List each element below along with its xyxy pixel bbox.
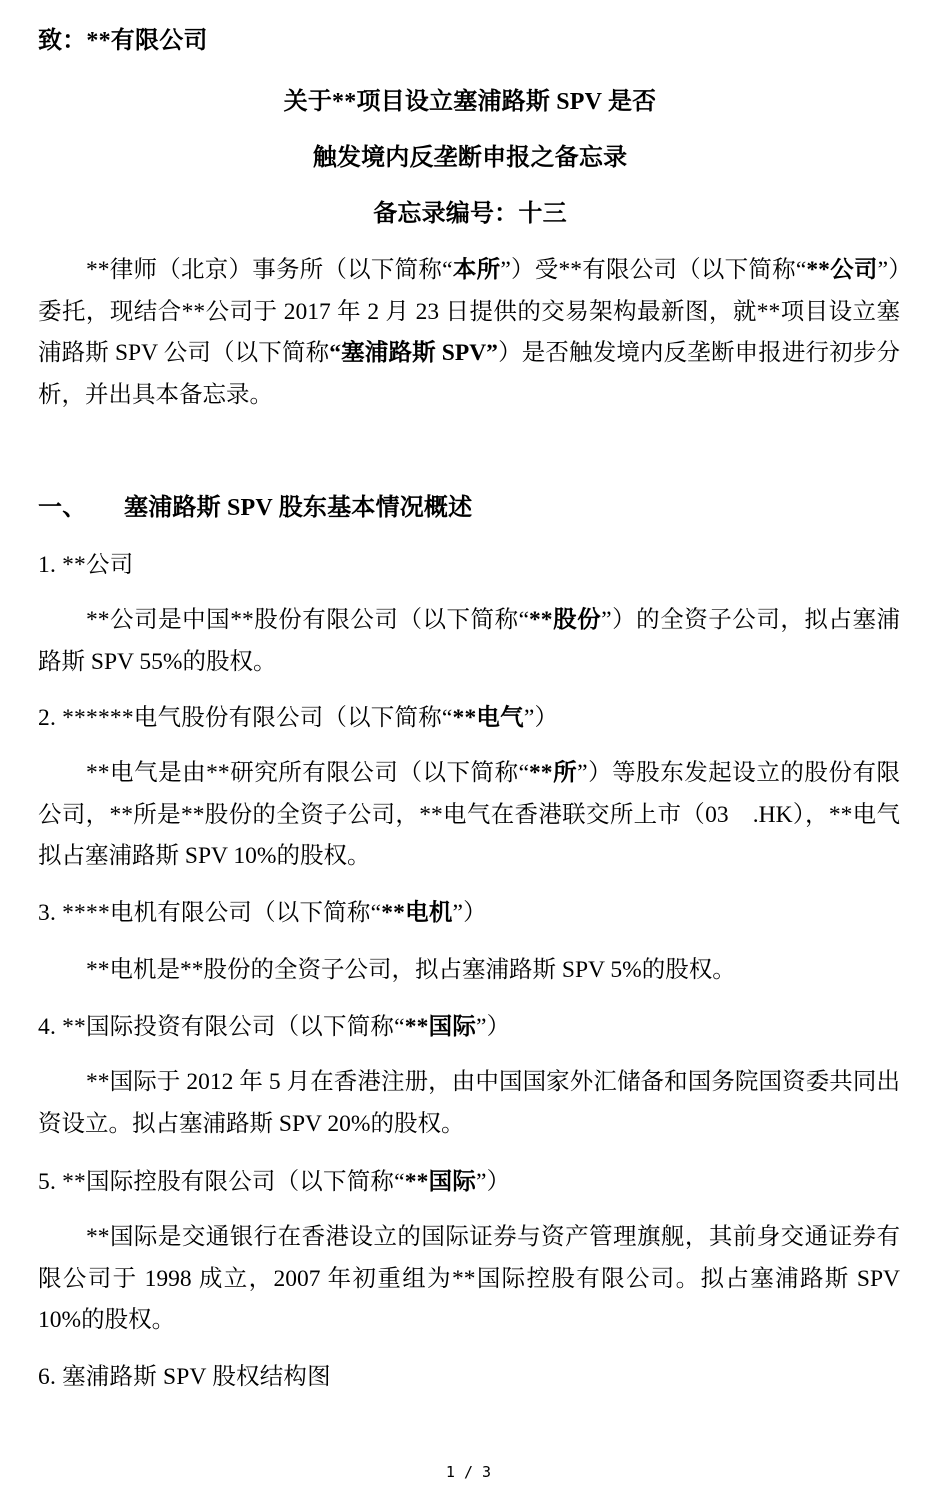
title-text: 2. ******电气股份有限公司（以下简称“ — [38, 705, 453, 731]
title-text: ”） — [476, 1014, 510, 1040]
intro-abbrev-spv: “塞浦路斯 SPV” — [329, 340, 498, 366]
page-number: 1 / 3 — [0, 1463, 937, 1481]
title-text: 5. **国际控股有限公司（以下简称“ — [38, 1169, 405, 1195]
equity-structure-chart-title: 6. 塞浦路斯 SPV 股权结构图 — [38, 1362, 902, 1392]
shareholder-1-title: 1. **公司 — [38, 550, 902, 580]
intro-paragraph: **律师（北京）事务所（以下简称“本所”）受**有限公司（以下简称“**公司”）… — [38, 250, 900, 416]
intro-abbrev-company: **公司 — [806, 257, 877, 283]
section-number: 一、 — [38, 493, 124, 523]
shareholder-1-body: **公司是中国**股份有限公司（以下简称“**股份”）的全资子公司，拟占塞浦路斯… — [38, 600, 900, 683]
memo-title-line-2: 触发境内反垄断申报之备忘录 — [38, 143, 902, 173]
title-text: 4. **国际投资有限公司（以下简称“ — [38, 1014, 405, 1040]
intro-text: ”）受**有限公司（以下简称“ — [500, 257, 806, 283]
shareholder-5-title: 5. **国际控股有限公司（以下简称“**国际”） — [38, 1167, 902, 1197]
abbrev: **股份 — [529, 607, 601, 633]
shareholder-2-title: 2. ******电气股份有限公司（以下简称“**电气”） — [38, 703, 902, 733]
title-text: ”） — [453, 900, 487, 926]
memo-title-line-1: 关于**项目设立塞浦路斯 SPV 是否 — [38, 87, 902, 117]
shareholder-4-body: **国际于 2012 年 5 月在香港注册，由中国国家外汇储备和国务院国资委共同… — [38, 1062, 900, 1145]
abbrev: **国际 — [405, 1014, 476, 1040]
addressee: 致：**有限公司 — [38, 26, 902, 56]
abbrev: **所 — [529, 760, 577, 786]
title-text: 3. ****电机有限公司（以下简称“ — [38, 900, 381, 926]
body-text: **公司是中国**股份有限公司（以下简称“ — [86, 607, 529, 633]
memo-number: 备忘录编号：十三 — [38, 199, 902, 229]
title-text: ”） — [524, 705, 558, 731]
intro-abbrev-firm: 本所 — [453, 257, 501, 283]
body-text: **电气是由**研究所有限公司（以下简称“ — [86, 760, 529, 786]
title-text: ”） — [476, 1169, 510, 1195]
shareholder-4-title: 4. **国际投资有限公司（以下简称“**国际”） — [38, 1012, 902, 1042]
section-heading-1: 一、塞浦路斯 SPV 股东基本情况概述 — [38, 493, 902, 523]
shareholder-3-title: 3. ****电机有限公司（以下简称“**电机”） — [38, 898, 902, 928]
intro-text: **律师（北京）事务所（以下简称“ — [86, 257, 453, 283]
abbrev: **电气 — [453, 705, 524, 731]
shareholder-3-body: **电机是**股份的全资子公司，拟占塞浦路斯 SPV 5%的股权。 — [38, 950, 900, 992]
abbrev: **电机 — [381, 900, 452, 926]
shareholder-2-body: **电气是由**研究所有限公司（以下简称“**所”）等股东发起设立的股份有限公司… — [38, 753, 900, 878]
section-title: 塞浦路斯 SPV 股东基本情况概述 — [124, 495, 472, 521]
shareholder-5-body: **国际是交通银行在香港设立的国际证券与资产管理旗舰，其前身交通证券有限公司于 … — [38, 1217, 900, 1342]
abbrev: **国际 — [405, 1169, 476, 1195]
